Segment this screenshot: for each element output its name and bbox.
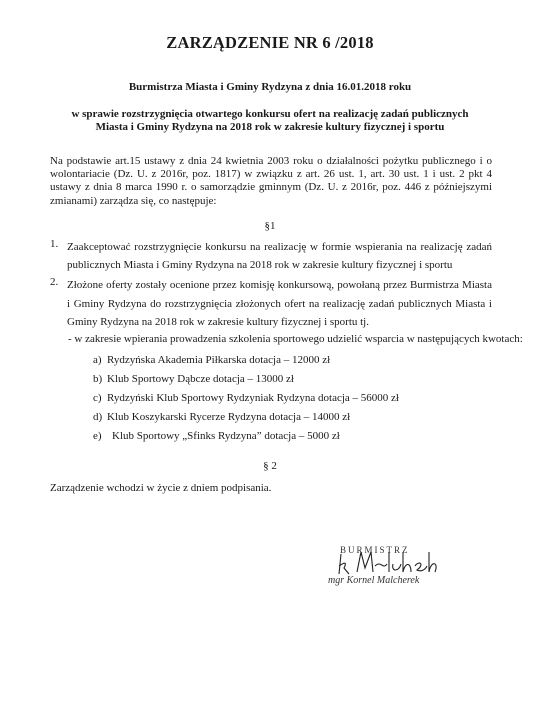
- section-2-text: Zarządzenie wchodzi w życie z dniem podp…: [50, 482, 271, 494]
- point-text: Złożone oferty zostały ocenione przez ko…: [67, 276, 492, 332]
- document-issuer: Burmistrza Miasta i Gminy Rydzyna z dnia…: [0, 81, 540, 93]
- grant-item: c)Rydzyński Klub Sportowy Rydzyniak Rydz…: [93, 389, 493, 408]
- grant-text: Rydzyński Klub Sportowy Rydzyniak Rydzyn…: [107, 389, 399, 408]
- preamble-paragraph: Na podstawie art.15 ustawy z dnia 24 kwi…: [50, 155, 492, 208]
- point-number: 1.: [50, 238, 58, 251]
- grant-letter: a): [93, 351, 102, 370]
- grant-text: Klub Koszykarski Rycerze Rydzyna dotacja…: [107, 408, 350, 427]
- section-1-point-2: 2. Złożone oferty zostały ocenione przez…: [50, 276, 492, 332]
- section-1-heading: §1: [0, 220, 540, 232]
- signatory-name: mgr Kornel Malcherek: [328, 575, 419, 586]
- grant-letter: b): [93, 370, 102, 389]
- grant-letter: d): [93, 408, 102, 427]
- point-text: Zaakceptować rozstrzygnięcie konkursu na…: [67, 238, 492, 274]
- section-1-point-1: 1. Zaakceptować rozstrzygnięcie konkursu…: [50, 238, 492, 274]
- grant-text: Klub Sportowy Dąbcze dotacja – 13000 zł: [107, 370, 294, 389]
- grant-item: b)Klub Sportowy Dąbcze dotacja – 13000 z…: [93, 370, 493, 389]
- grant-item: e)Klub Sportowy „Sfinks Rydzyna” dotacja…: [93, 427, 493, 446]
- grants-intro: - w zakresie wpierania prowadzenia szkol…: [68, 333, 523, 345]
- grant-text: Rydzyńska Akademia Piłkarska dotacja – 1…: [107, 351, 330, 370]
- grant-text: Klub Sportowy „Sfinks Rydzyna” dotacja –…: [112, 427, 340, 446]
- document-title: ZARZĄDZENIE NR 6 /2018: [0, 33, 540, 53]
- grants-list: a)Rydzyńska Akademia Piłkarska dotacja –…: [93, 351, 493, 446]
- document-subject-line-2: Miasta i Gminy Rydzyna na 2018 rok w zak…: [0, 121, 540, 133]
- handwritten-signature-icon: [335, 548, 445, 578]
- grant-item: d)Klub Koszykarski Rycerze Rydzyna dotac…: [93, 408, 493, 427]
- grant-letter: c): [93, 389, 102, 408]
- point-number: 2.: [50, 276, 58, 289]
- grant-item: a)Rydzyńska Akademia Piłkarska dotacja –…: [93, 351, 493, 370]
- document-subject-line-1: w sprawie rozstrzygnięcia otwartego konk…: [0, 108, 540, 120]
- grant-letter: e): [93, 427, 102, 446]
- section-2-heading: § 2: [0, 460, 540, 472]
